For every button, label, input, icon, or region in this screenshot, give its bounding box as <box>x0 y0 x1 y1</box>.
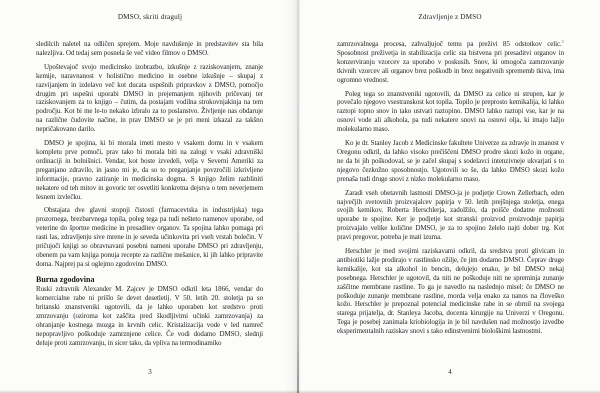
page-number-left: 3 <box>0 368 300 376</box>
page-number-right: 4 <box>300 368 600 376</box>
running-head-left: DMSO, skriti dragulj <box>0 13 300 21</box>
paragraph: Obstajata dve glavni stopnji čistosti (f… <box>36 206 263 268</box>
paragraph-text: Sposobnost preživetja in stabilizacija c… <box>337 49 564 84</box>
right-page: Zdravljenje z DMSO zamrzovalnega procesa… <box>300 0 600 393</box>
paragraph: Poleg tega so znanstveniki ugotovili, da… <box>337 90 564 135</box>
paragraph: Ko je dr. Stanley Jacob z Medicinske fak… <box>337 139 564 184</box>
paragraph: Ruski zdravnik Alexander M. Zajcev je DM… <box>36 285 263 347</box>
left-page-body: sledilcih naletel na odličen sprejem. Mo… <box>36 40 263 364</box>
paragraph: Upoštevajoč svojo medicinsko izobrazbo, … <box>36 63 263 134</box>
paragraph: sledilcih naletel na odličen sprejem. Mo… <box>36 40 263 58</box>
book-spread: DMSO, skriti dragulj sledilcih naletel n… <box>0 0 600 393</box>
section-heading: Burna zgodovina <box>36 275 263 285</box>
paragraph: zamrzovalnega procesa, zahvaljujoč temu … <box>337 40 564 85</box>
left-page: DMSO, skriti dragulj sledilcih naletel n… <box>0 0 300 393</box>
paragraph: DMSO je spojina, ki bi morala imeti mest… <box>36 139 263 201</box>
footnote-marker: 1 <box>562 40 564 44</box>
running-head-right: Zdravljenje z DMSO <box>300 13 600 21</box>
paragraph-text: zamrzovalnega procesa, zahvaljujoč temu … <box>337 40 562 48</box>
paragraph: Zaradi vseh obetavnih lastnosti DMSO-ja … <box>337 189 564 242</box>
right-page-body: zamrzovalnega procesa, zahvaljujoč temu … <box>337 40 564 364</box>
paragraph: Herschler je med svojimi raziskavami odk… <box>337 247 564 336</box>
